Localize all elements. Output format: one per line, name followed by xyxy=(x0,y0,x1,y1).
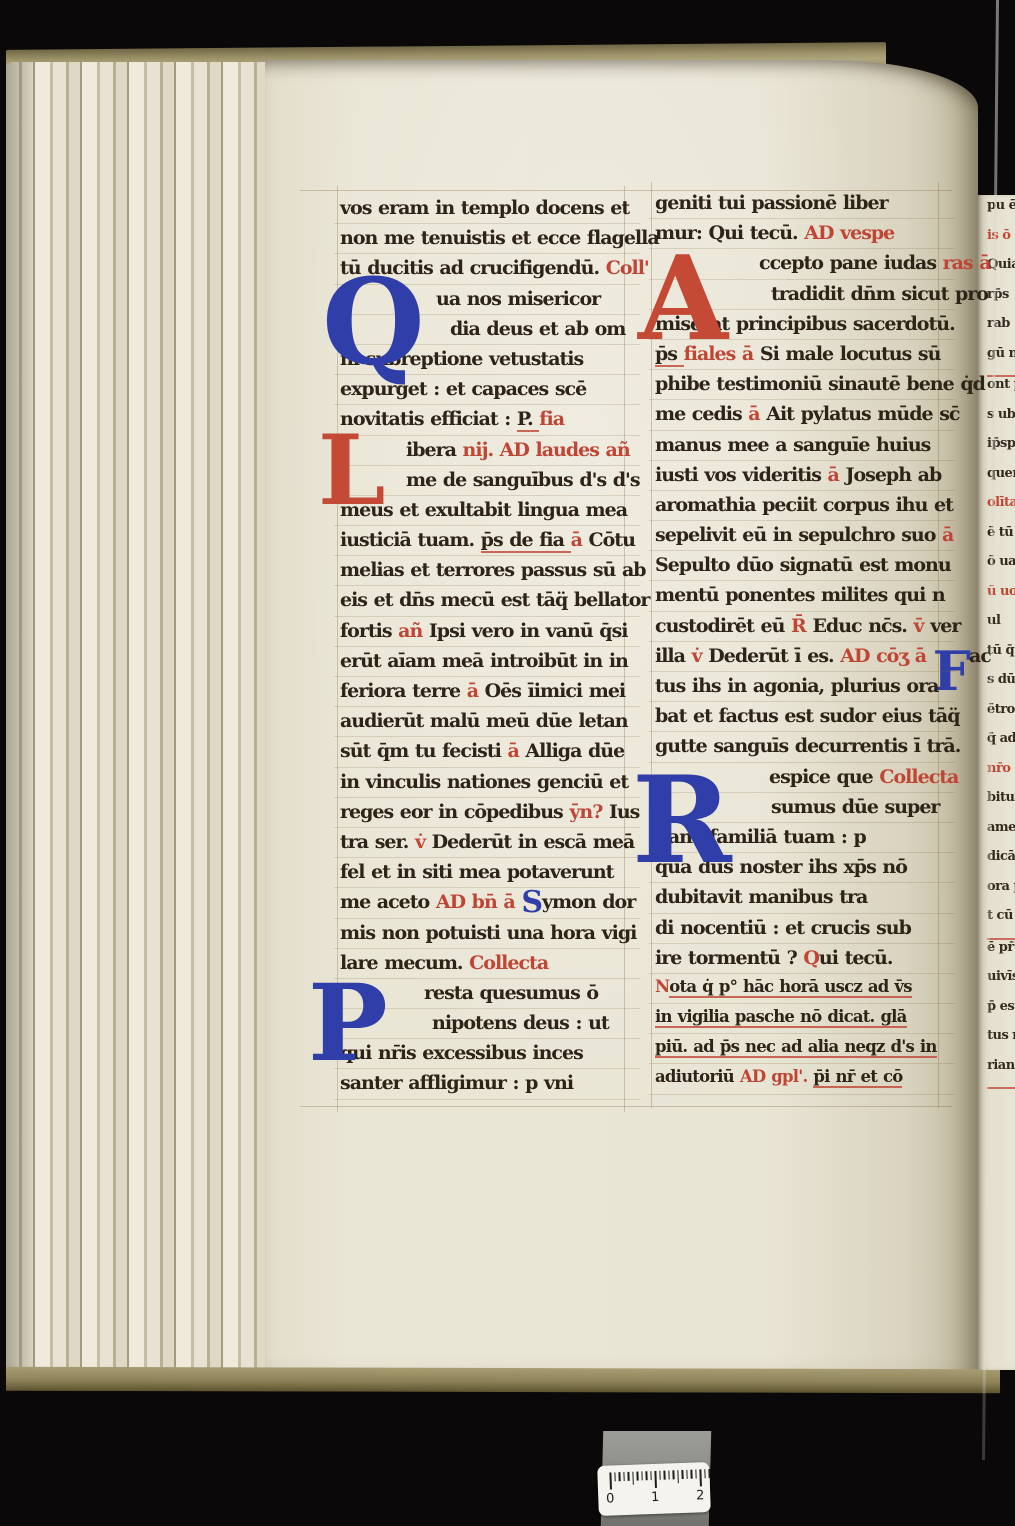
ruler-tick xyxy=(636,1472,638,1481)
text-line: mis non potuisti una hora vigi xyxy=(340,922,632,952)
text-segment: Cōtu xyxy=(589,529,635,551)
text-line: tra ser. v̇ Dederūt in escā meā xyxy=(340,831,632,861)
text-segment: R̄ xyxy=(791,615,812,637)
text-segment: v̇ xyxy=(415,831,432,853)
text-segment: nij. AD laudes añ xyxy=(463,439,630,461)
text-segment: custodirēt eū xyxy=(655,615,791,637)
text-line: fortis añ Ipsi vero in vanū q̄si xyxy=(340,620,632,650)
text-segment: me de sanguībus d's d's xyxy=(406,469,640,491)
ruler-tick xyxy=(614,1472,616,1481)
text-segment: iusticiā tuam. xyxy=(340,529,481,551)
text-line: sūt q̄m tu fecisti ā Alliga dūe xyxy=(340,740,632,770)
text-segment: Collecta xyxy=(469,952,548,974)
text-segment: Dederūt ī es. xyxy=(708,645,840,667)
text-segment: AD gpl'. xyxy=(740,1067,814,1086)
text-segment: Sepulto dūo signatū est monu xyxy=(655,554,951,576)
text-segment: in vinculis nationes genciū et xyxy=(340,771,628,793)
ruler-tick xyxy=(645,1471,647,1480)
text-segment: piū. ad p̄s nec ad alia neqz d's in xyxy=(655,1037,937,1058)
text-segment: ras ā xyxy=(943,252,991,274)
text-segment: tra ser. xyxy=(340,831,415,853)
text-segment: melias et terrores passus sū ab xyxy=(340,559,646,581)
text-segment: tus ihs in agonia, plurius ora xyxy=(655,675,938,697)
text-line: sepelivit eū in sepulchro suo ā xyxy=(655,524,947,554)
ruler-label: 1 xyxy=(648,1490,663,1505)
text-line: tus ihs in agonia, plurius ora xyxy=(655,675,947,705)
ruler-tick xyxy=(650,1471,652,1480)
text-line: eis et dn̄s mecū est tāq̈ bellator xyxy=(340,589,632,619)
facing-page-text-fragment: pu ē xyxy=(987,198,1015,228)
text-line: di nocentiū : et crucis sub xyxy=(655,917,947,947)
illuminated-initial-R: R xyxy=(632,772,732,870)
text-segment: Q xyxy=(803,947,819,969)
text-line: melias et terrores passus sū ab xyxy=(340,559,632,589)
text-line: ire tormentū ? Qui tecū. xyxy=(655,947,947,977)
ruler-tick xyxy=(681,1470,683,1479)
facing-page-text-fragment: ora p xyxy=(987,879,1015,909)
ruler-tick xyxy=(663,1471,665,1480)
text-segment: nipotens deus : ut xyxy=(432,1012,609,1034)
text-line: piū. ad p̄s nec ad alia neqz d's in xyxy=(655,1037,947,1067)
text-segment: espice que xyxy=(769,766,879,788)
ruler-tick xyxy=(632,1472,634,1485)
text-segment: añ xyxy=(398,620,429,642)
facing-page-text-fragment: rp̄s xyxy=(987,287,1015,317)
facing-page-text-fragment: ē pr̄ xyxy=(987,940,1015,970)
text-line: bat et factus est sudor eius tāq̈ xyxy=(655,705,947,735)
text-line: Nota q̇ p° hāc horā uscz ad v̄s xyxy=(655,977,947,1007)
ruler-label: 0 xyxy=(603,1491,618,1506)
text-segment: ā xyxy=(571,529,589,551)
ruling-line-horizontal xyxy=(300,1106,952,1107)
text-segment: p̄s de fia xyxy=(481,529,571,553)
illuminated-initial-P: P xyxy=(308,980,388,1067)
text-segment: sumus dūe super xyxy=(771,796,939,818)
ruler-strip: 012 xyxy=(597,1462,711,1516)
text-segment: aromathia peciit corpus ihu et xyxy=(655,494,953,516)
illuminated-initial-L: L xyxy=(318,432,386,511)
text-segment: iusti vos videritis xyxy=(655,464,828,486)
ruler-tick xyxy=(686,1470,688,1479)
text-segment: ā xyxy=(467,680,485,702)
text-segment: P. xyxy=(517,408,539,432)
ruler-tick xyxy=(618,1472,620,1481)
text-segment: Ait pylatus mūde sc̄ xyxy=(766,403,959,425)
text-segment: Dederūt in escā meā xyxy=(432,831,635,853)
text-segment: N xyxy=(655,977,669,996)
book-bottom-edge xyxy=(6,1367,1000,1394)
text-segment: AD vespe xyxy=(804,222,894,244)
text-line: manus mee a sanguīe huius xyxy=(655,434,947,464)
ruler-tick xyxy=(654,1471,656,1488)
text-segment: erūt aīam meā introibūt in in xyxy=(340,650,628,672)
text-line: in vinculis nationes genciū et xyxy=(340,771,632,801)
text-segment: Joseph ab xyxy=(845,464,941,486)
text-segment: ire tormentū ? xyxy=(655,947,803,969)
facing-page-text-fragment: t cū xyxy=(987,908,1015,940)
text-segment: resta quesumus ō xyxy=(424,982,598,1004)
text-segment: eis et dn̄s mecū est tāq̈ bellator xyxy=(340,589,649,611)
ruler-tick xyxy=(623,1472,625,1481)
facing-page-text-fragment: is ō xyxy=(987,228,1015,258)
text-segment: fia xyxy=(539,408,564,430)
text-segment: ua nos misericor xyxy=(436,288,600,310)
text-segment: in vigilia pasche nō dicat. glā xyxy=(655,1007,907,1028)
text-segment: vos eram in templo docens et xyxy=(340,197,629,219)
ruler-tick xyxy=(659,1471,661,1480)
ruling-line-horizontal xyxy=(300,190,952,191)
facing-page-text-fragment: p̄ est mū xyxy=(987,999,1015,1029)
ruler-tick xyxy=(627,1472,629,1481)
text-segment: p̄i nr̄ et cō xyxy=(813,1067,902,1088)
ruler-tick xyxy=(677,1470,679,1483)
text-segment: ac xyxy=(969,645,991,667)
text-segment: ibera xyxy=(406,439,463,461)
ruler-tick xyxy=(695,1470,697,1479)
ruler-tick xyxy=(699,1469,701,1486)
text-segment: ver xyxy=(930,615,960,637)
ruler-tick xyxy=(708,1469,710,1478)
illuminated-initial-Q: Q xyxy=(322,274,425,371)
text-segment: feriora terre xyxy=(340,680,467,702)
text-line: me cedis ā Ait pylatus mūde sc̄ xyxy=(655,403,947,433)
text-line: custodirēt eū R̄ Educ nc̄s. v̄ ver xyxy=(655,615,947,645)
text-segment: geniti tui passionē liber xyxy=(655,192,888,214)
text-segment: bat et factus est sudor eius tāq̈ xyxy=(655,705,960,727)
text-segment: fortis xyxy=(340,620,398,642)
text-segment: Collecta xyxy=(879,766,958,788)
text-segment: Educ nc̄s. xyxy=(812,615,913,637)
facing-page-text-fragment: uivīs q̄ xyxy=(987,969,1015,999)
facing-page-text-fragment: amen xyxy=(987,820,1015,850)
text-line: Sepulto dūo signatū est monu xyxy=(655,554,947,584)
text-segment: manus mee a sanguīe huius xyxy=(655,434,930,456)
text-segment: v̇ xyxy=(692,645,709,667)
text-segment: adiutoriū xyxy=(655,1067,740,1086)
text-segment: ymon dor xyxy=(542,891,635,913)
text-segment: ccepto pane iudas xyxy=(759,252,943,274)
text-line: adiutoriū AD gpl'. p̄i nr̄ et cō xyxy=(655,1067,947,1097)
text-line: feriora terre ā Oēs īimici mei xyxy=(340,680,632,710)
text-line: reges eor in cōpedibus ȳn? Ius xyxy=(340,801,632,831)
facing-page-text-fragment: gū n xyxy=(987,346,1015,378)
manuscript-photo: vos eram in templo docens etnon me tenui… xyxy=(0,0,1015,1526)
facing-page-text-fragment: tus retro e xyxy=(987,1028,1015,1058)
ruler-tick xyxy=(668,1470,670,1479)
text-segment: AD cōʒ ā xyxy=(840,645,932,667)
text-line: illa v̇ Dederūt ī es. AD cōʒ ā Fac xyxy=(655,645,947,675)
text-segment: di nocentiū : et crucis sub xyxy=(655,917,911,939)
ruler-tick xyxy=(704,1469,706,1478)
text-segment: ā xyxy=(507,740,525,762)
text-line: mentū ponentes milites qui n xyxy=(655,584,947,614)
text-line: in vigilia pasche nō dicat. glā xyxy=(655,1007,947,1037)
text-segment: fel et in siti mea potaverunt xyxy=(340,861,613,883)
text-segment: S xyxy=(521,885,542,920)
text-line: fel et in siti mea potaverunt xyxy=(340,861,632,891)
text-segment: Alliga dūe xyxy=(525,740,624,762)
text-segment: illa xyxy=(655,645,692,667)
text-segment: ui tecū. xyxy=(819,947,893,969)
facing-page-text-fragment: dicā xyxy=(987,849,1015,879)
facing-page-text-fragment: rab xyxy=(987,316,1015,346)
illuminated-initial-A: A xyxy=(638,252,728,347)
text-segment: me cedis xyxy=(655,403,748,425)
text-segment: ota q̇ p° hāc horā uscz ad v̄s xyxy=(669,977,911,998)
ruler-tick xyxy=(690,1470,692,1479)
text-segment: Si male locutus sū xyxy=(760,343,941,365)
text-line: erūt aīam meā introibūt in in xyxy=(340,650,632,680)
text-segment: mis non potuisti una hora vigi xyxy=(340,922,636,944)
text-segment: Ipsi vero in vanū q̄si xyxy=(429,620,628,642)
text-line: audierūt malū meū dūe letan xyxy=(340,710,632,740)
text-segment: mentū ponentes milites qui n xyxy=(655,584,945,606)
text-segment: ā xyxy=(942,524,953,546)
text-segment: non me tenuistis et ecce flagella xyxy=(340,227,659,249)
text-segment: ā xyxy=(828,464,846,486)
facing-page-text-fragment: rian. Diū xyxy=(987,1058,1015,1090)
text-segment: Oēs īimici mei xyxy=(485,680,626,702)
facing-page-text-fragment: Quia xyxy=(987,257,1015,287)
text-line: me aceto AD bn̄ ā Symon dor xyxy=(340,891,632,921)
text-segment: tradidit dn̄m sicut pro xyxy=(771,283,988,305)
text-segment: ā xyxy=(748,403,766,425)
text-line: iusti vos videritis ā Joseph ab xyxy=(655,464,947,494)
ruler-label: 2 xyxy=(693,1488,708,1503)
page-stack-edges xyxy=(6,62,268,1380)
text-segment: v̄ xyxy=(914,615,931,637)
text-line: iusticiā tuam. p̄s de fia ā Cōtu xyxy=(340,529,632,559)
text-line: aromathia peciit corpus ihu et xyxy=(655,494,947,524)
text-segment: me aceto xyxy=(340,891,436,913)
text-segment: ȳn? xyxy=(569,801,609,823)
text-segment: dia deus et ab om xyxy=(450,318,625,340)
text-line: geniti tui passionē liber xyxy=(655,192,947,222)
text-segment: AD bn̄ ā xyxy=(436,891,521,913)
text-line: vos eram in templo docens et xyxy=(340,197,632,227)
text-segment: sepelivit eū in sepulchro suo xyxy=(655,524,942,546)
text-segment: sūt q̄m tu fecisti xyxy=(340,740,507,762)
ruler-tick xyxy=(672,1470,674,1479)
ruler-tick xyxy=(609,1472,611,1489)
ruler-tick xyxy=(641,1471,643,1480)
text-line: phibe testimoniū sinautē bene q̇d xyxy=(655,373,947,403)
text-segment: audierūt malū meū dūe letan xyxy=(340,710,628,732)
text-segment: reges eor in cōpedibus xyxy=(340,801,569,823)
text-segment: phibe testimoniū sinautē bene q̇d xyxy=(655,373,985,395)
